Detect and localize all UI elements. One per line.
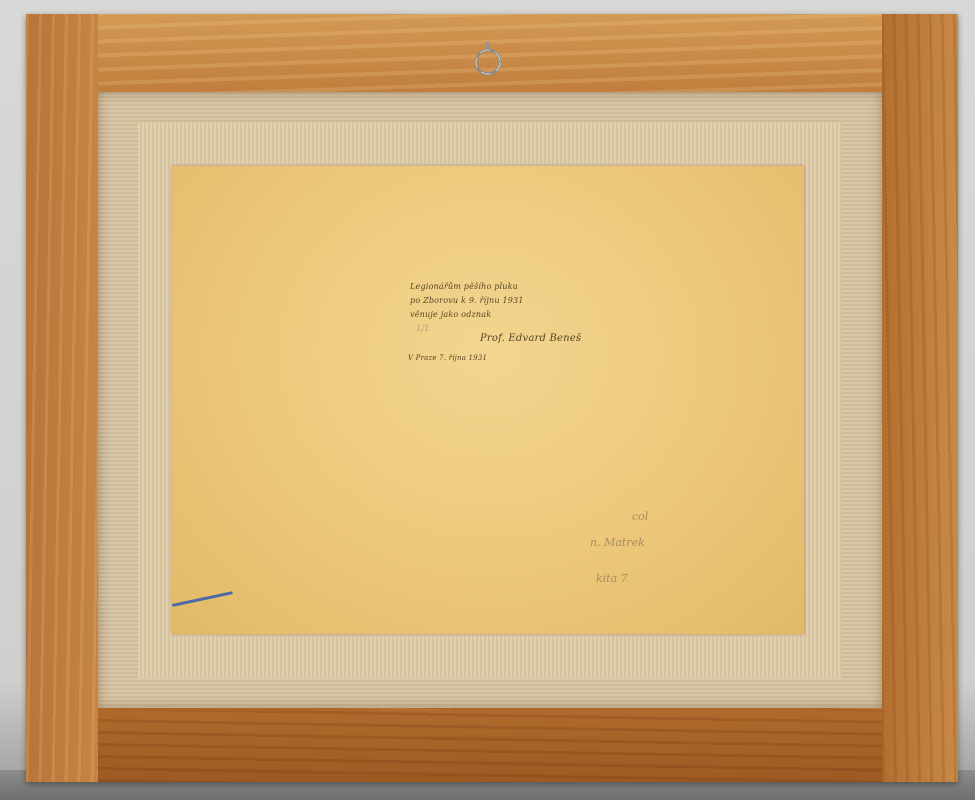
inscription-line-3: věnuje jako odznak — [410, 308, 491, 321]
inscription-line-4: 1/1 — [416, 322, 429, 335]
signature: Prof. Edvard Beneš — [480, 332, 581, 345]
inscription-line-1: Legionářům pěšího pluku — [410, 280, 518, 293]
frame-right-rail — [882, 14, 958, 782]
frame-left-rail — [26, 14, 98, 782]
hanging-ring-icon — [470, 42, 506, 78]
pencil-note-2: n. Matrek — [590, 536, 645, 549]
paper-backing: Legionářům pěšího pluku po Zborovu k 9. … — [172, 166, 804, 634]
pencil-note-3: kita 7 — [596, 572, 628, 585]
inscription-line-2: po Zborovu k 9. říjnu 1931 — [410, 294, 524, 307]
pencil-note-1: col — [632, 510, 648, 523]
blue-crayon-mark — [172, 591, 233, 607]
frame-bottom-rail — [26, 710, 958, 782]
inscription-date: V Praze 7. října 1931 — [408, 352, 487, 365]
picture-frame: Legionářům pěšího pluku po Zborovu k 9. … — [26, 14, 958, 782]
